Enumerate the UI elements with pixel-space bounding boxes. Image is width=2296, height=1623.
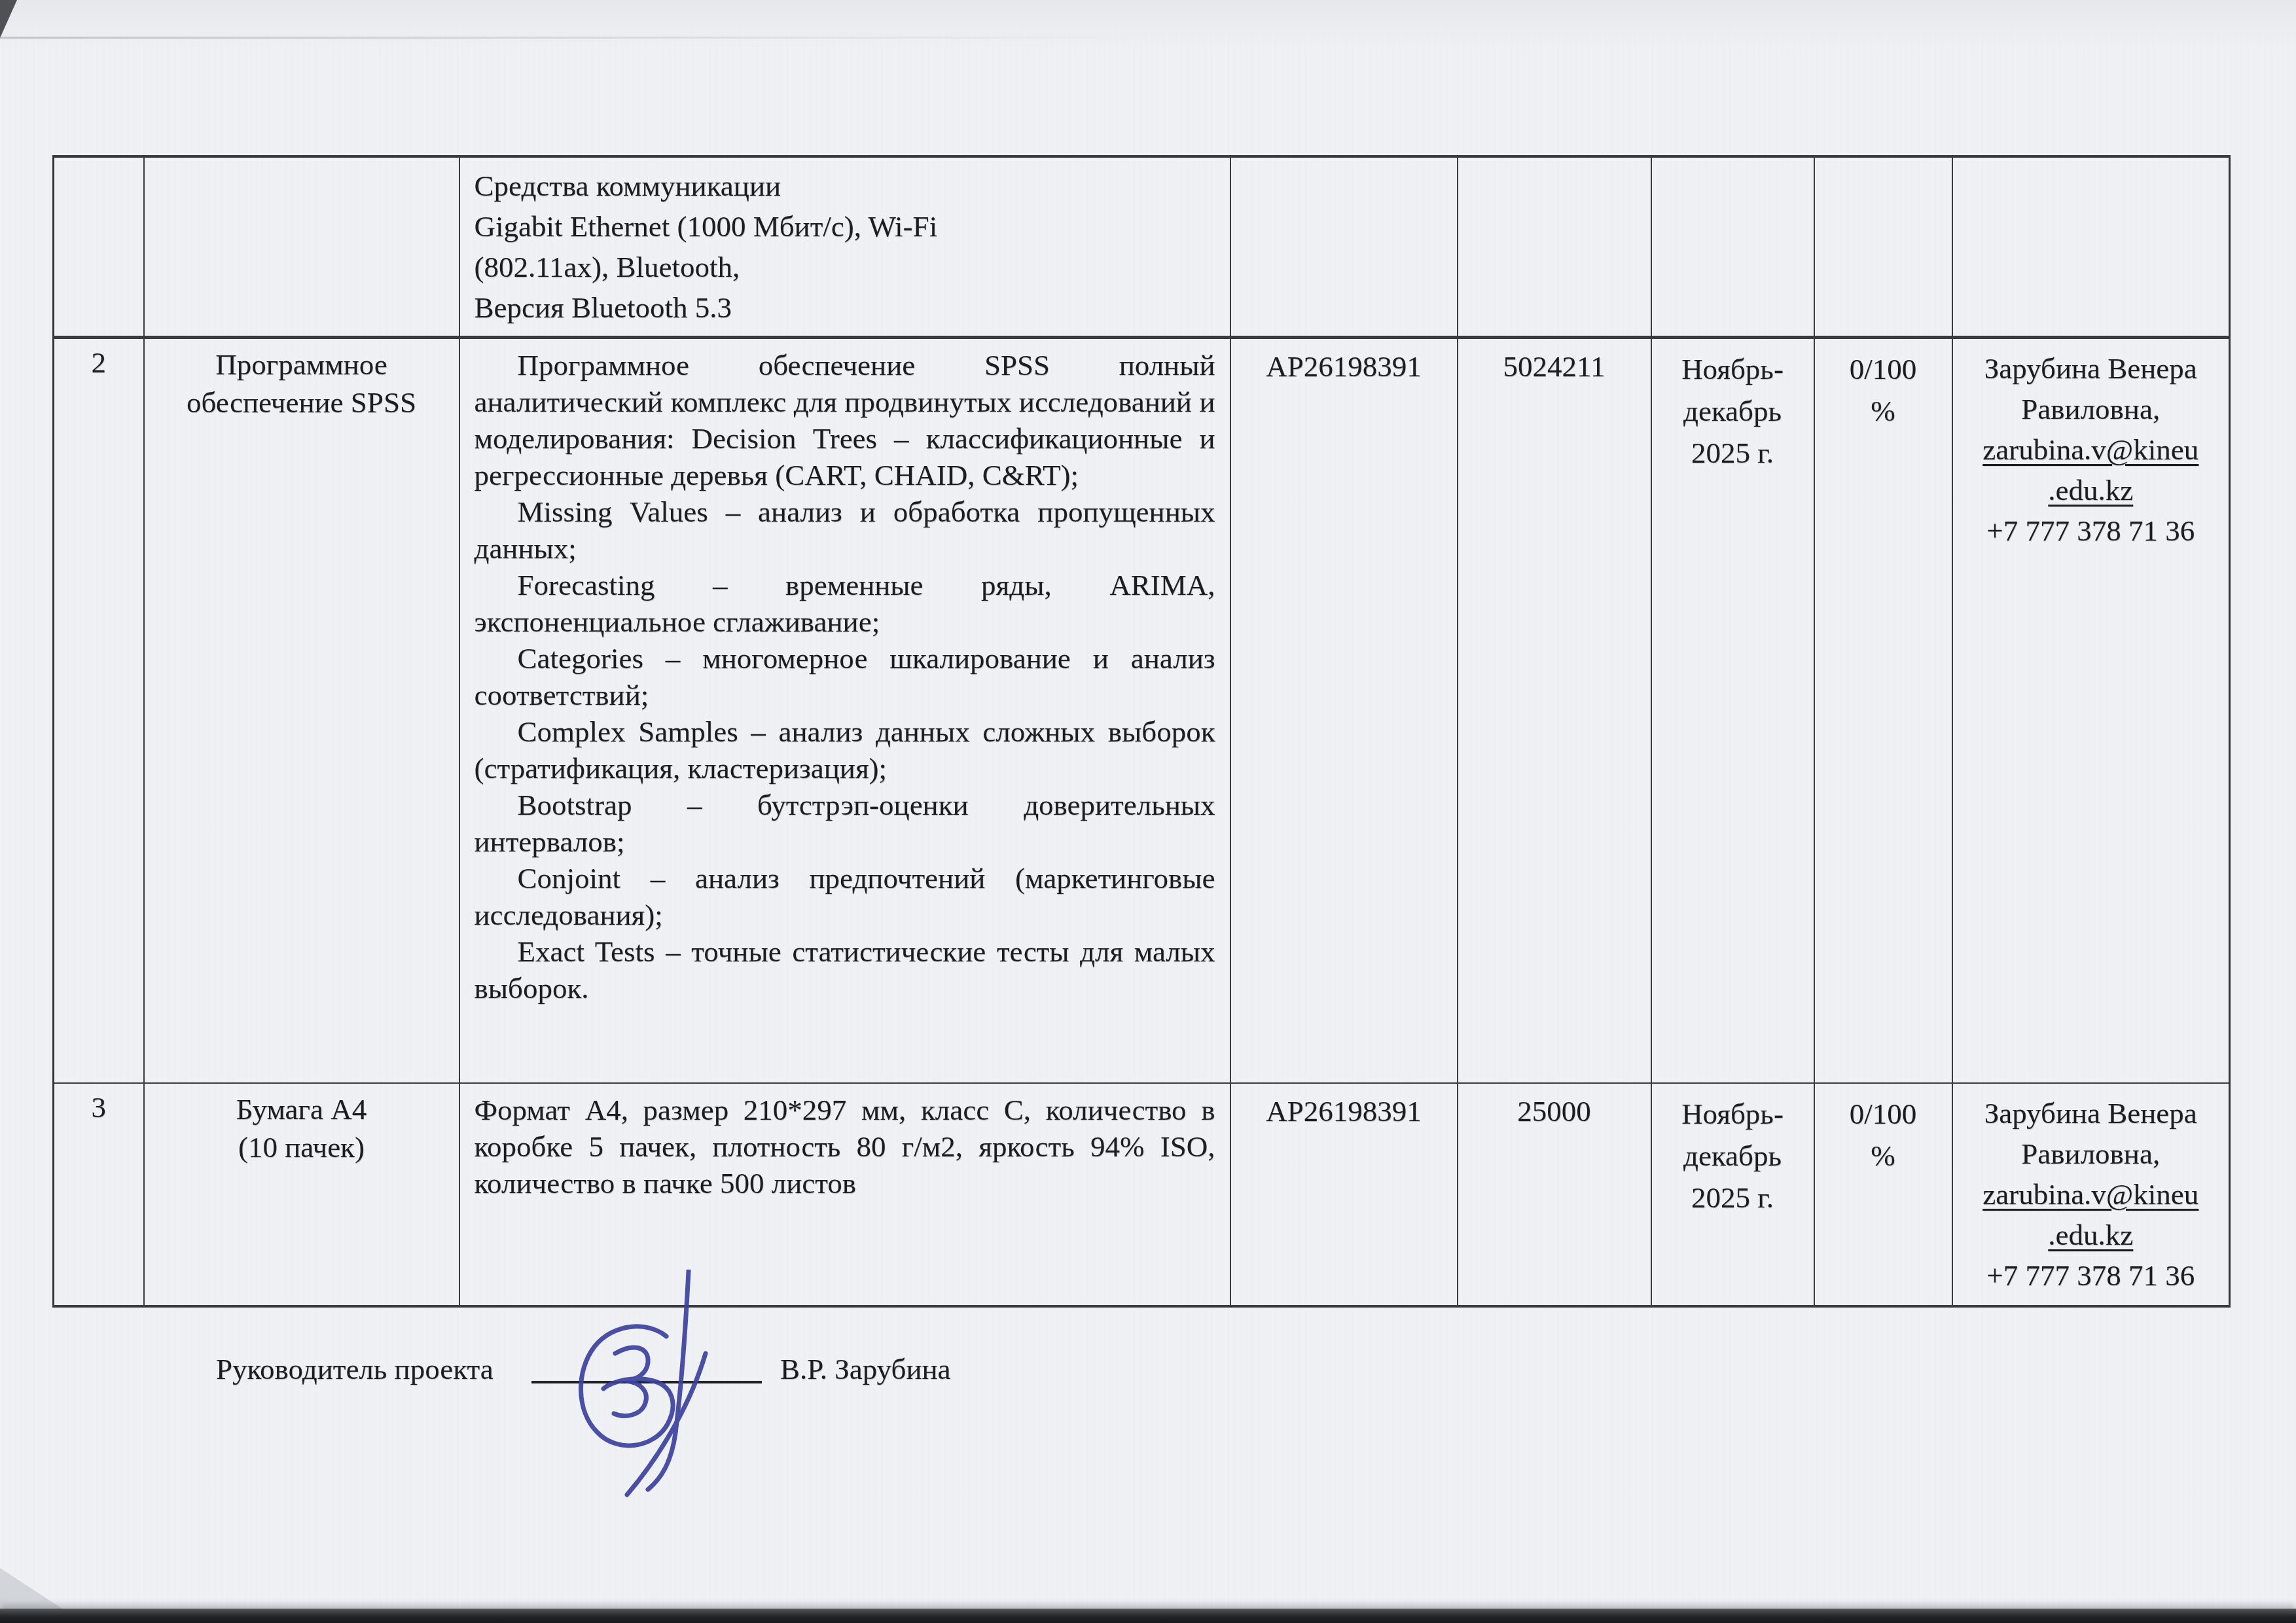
row-number-cell	[54, 156, 144, 338]
contact-name-line: Зарубина Венера	[1958, 348, 2224, 389]
table-row-continuation: Средства коммуникации Gigabit Ethernet (…	[54, 156, 2230, 338]
contact-cell: Зарубина Венера Равиловна, zarubina.v@ki…	[1952, 1083, 2230, 1306]
item-name-line: (10 пачек)	[155, 1128, 448, 1166]
description-paragraph: Программное обеспечение SPSS полный анал…	[475, 347, 1215, 493]
amount-cell	[1458, 156, 1651, 338]
email-text: zarubina.v@kineu	[1982, 1178, 2198, 1211]
table-row-paper: 3 Бумага А4 (10 пачек) Формат А4, размер…	[54, 1083, 2230, 1306]
project-code: АР26198391	[1230, 338, 1458, 1083]
scan-bottom-edge	[0, 1609, 2296, 1623]
percent-cell	[1814, 156, 1952, 338]
signature-role-label: Руководитель проекта	[216, 1351, 493, 1387]
item-name-line: обеспечение SPSS	[155, 383, 448, 421]
description-line: Средства коммуникации	[475, 166, 1215, 206]
email-line: .edu.kz	[1958, 470, 2224, 510]
description-paragraph: Exact Tests – точные статистические тест…	[475, 933, 1215, 1007]
description-line: Версия Bluetooth 5.3	[475, 287, 1215, 328]
phone-number: +7 777 378 71 36	[1958, 510, 2224, 551]
contact-name-line: Зарубина Венера	[1958, 1093, 2224, 1133]
period-cell: Ноябрь- декабрь 2025 г.	[1651, 1083, 1814, 1306]
item-description-cell: Программное обеспечение SPSS полный анал…	[459, 338, 1230, 1083]
period-cell: Ноябрь- декабрь 2025 г.	[1651, 338, 1814, 1083]
amount-value: 5024211	[1458, 338, 1651, 1083]
description-paragraph: Bootstrap – бутстрэп-оценки доверительны…	[475, 787, 1215, 860]
percent-cell: 0/100 %	[1814, 338, 1952, 1083]
email-text: zarubina.v@kineu	[1982, 433, 2198, 466]
item-name-line: Бумага А4	[155, 1090, 448, 1128]
email-text: .edu.kz	[2048, 474, 2133, 507]
percent-line: 0/100	[1828, 348, 1939, 390]
email-line: zarubina.v@kineu	[1958, 1174, 2224, 1215]
contact-name-line: Равиловна,	[1958, 389, 2224, 429]
period-line: декабрь	[1665, 1135, 1801, 1177]
description-paragraph: Forecasting – временные ряды, ARIMA, экс…	[475, 567, 1215, 640]
percent-line: %	[1828, 1135, 1939, 1177]
description-line: (802.11ax), Bluetooth,	[475, 247, 1215, 287]
scan-top-left-corner	[0, 0, 17, 38]
row-number-cell: 2	[54, 338, 144, 1083]
period-line: Ноябрь-	[1665, 348, 1801, 390]
period-line: Ноябрь-	[1665, 1093, 1801, 1135]
period-cell	[1651, 156, 1814, 338]
procurement-table: Средства коммуникации Gigabit Ethernet (…	[52, 155, 2231, 1308]
project-code-cell	[1230, 156, 1458, 338]
scan-bottom-left-corner	[0, 1568, 64, 1610]
contact-cell: Зарубина Венера Равиловна, zarubina.v@ki…	[1952, 338, 2230, 1083]
item-name-cell: Бумага А4 (10 пачек)	[144, 1083, 459, 1306]
description-paragraph: Complex Samples – анализ данных сложных …	[475, 713, 1215, 787]
percent-line: 0/100	[1828, 1093, 1939, 1135]
period-line: 2025 г.	[1665, 1177, 1801, 1219]
scan-top-edge-line	[0, 37, 1152, 39]
description-paragraph: Missing Values – анализ и обработка проп…	[475, 493, 1215, 567]
amount-value: 25000	[1458, 1083, 1651, 1306]
description-line: Gigabit Ethernet (1000 Мбит/с), Wi-Fi	[475, 206, 1215, 247]
percent-cell: 0/100 %	[1814, 1083, 1952, 1306]
item-name-cell: Программное обеспечение SPSS	[144, 338, 459, 1083]
contact-cell	[1952, 156, 2230, 338]
item-name-line: Программное	[155, 346, 448, 383]
item-description-cell: Средства коммуникации Gigabit Ethernet (…	[459, 156, 1230, 338]
table-row-spss: 2 Программное обеспечение SPSS Программн…	[54, 338, 2230, 1083]
project-code: АР26198391	[1230, 1083, 1458, 1306]
phone-number: +7 777 378 71 36	[1958, 1255, 2224, 1296]
period-line: декабрь	[1665, 390, 1801, 432]
description-paragraph: Формат А4, размер 210*297 мм, класс С, к…	[475, 1092, 1215, 1202]
percent-line: %	[1828, 390, 1939, 432]
row-number-cell: 3	[54, 1083, 144, 1306]
period-line: 2025 г.	[1665, 432, 1801, 474]
email-line: .edu.kz	[1958, 1215, 2224, 1255]
description-paragraph: Conjoint – анализ предпочтений (маркетин…	[475, 860, 1215, 933]
item-name-cell	[144, 156, 459, 338]
contact-name-line: Равиловна,	[1958, 1133, 2224, 1174]
signature-block: Руководитель проекта В.Р. Зарубина	[0, 1335, 2296, 1531]
scanned-page: Средства коммуникации Gigabit Ethernet (…	[0, 0, 2296, 1623]
email-text: .edu.kz	[2048, 1219, 2133, 1251]
description-paragraph: Categories – многомерное шкалирование и …	[475, 640, 1215, 713]
signer-name: В.Р. Зарубина	[780, 1351, 951, 1387]
handwritten-signature	[550, 1270, 766, 1499]
email-line: zarubina.v@kineu	[1958, 429, 2224, 470]
